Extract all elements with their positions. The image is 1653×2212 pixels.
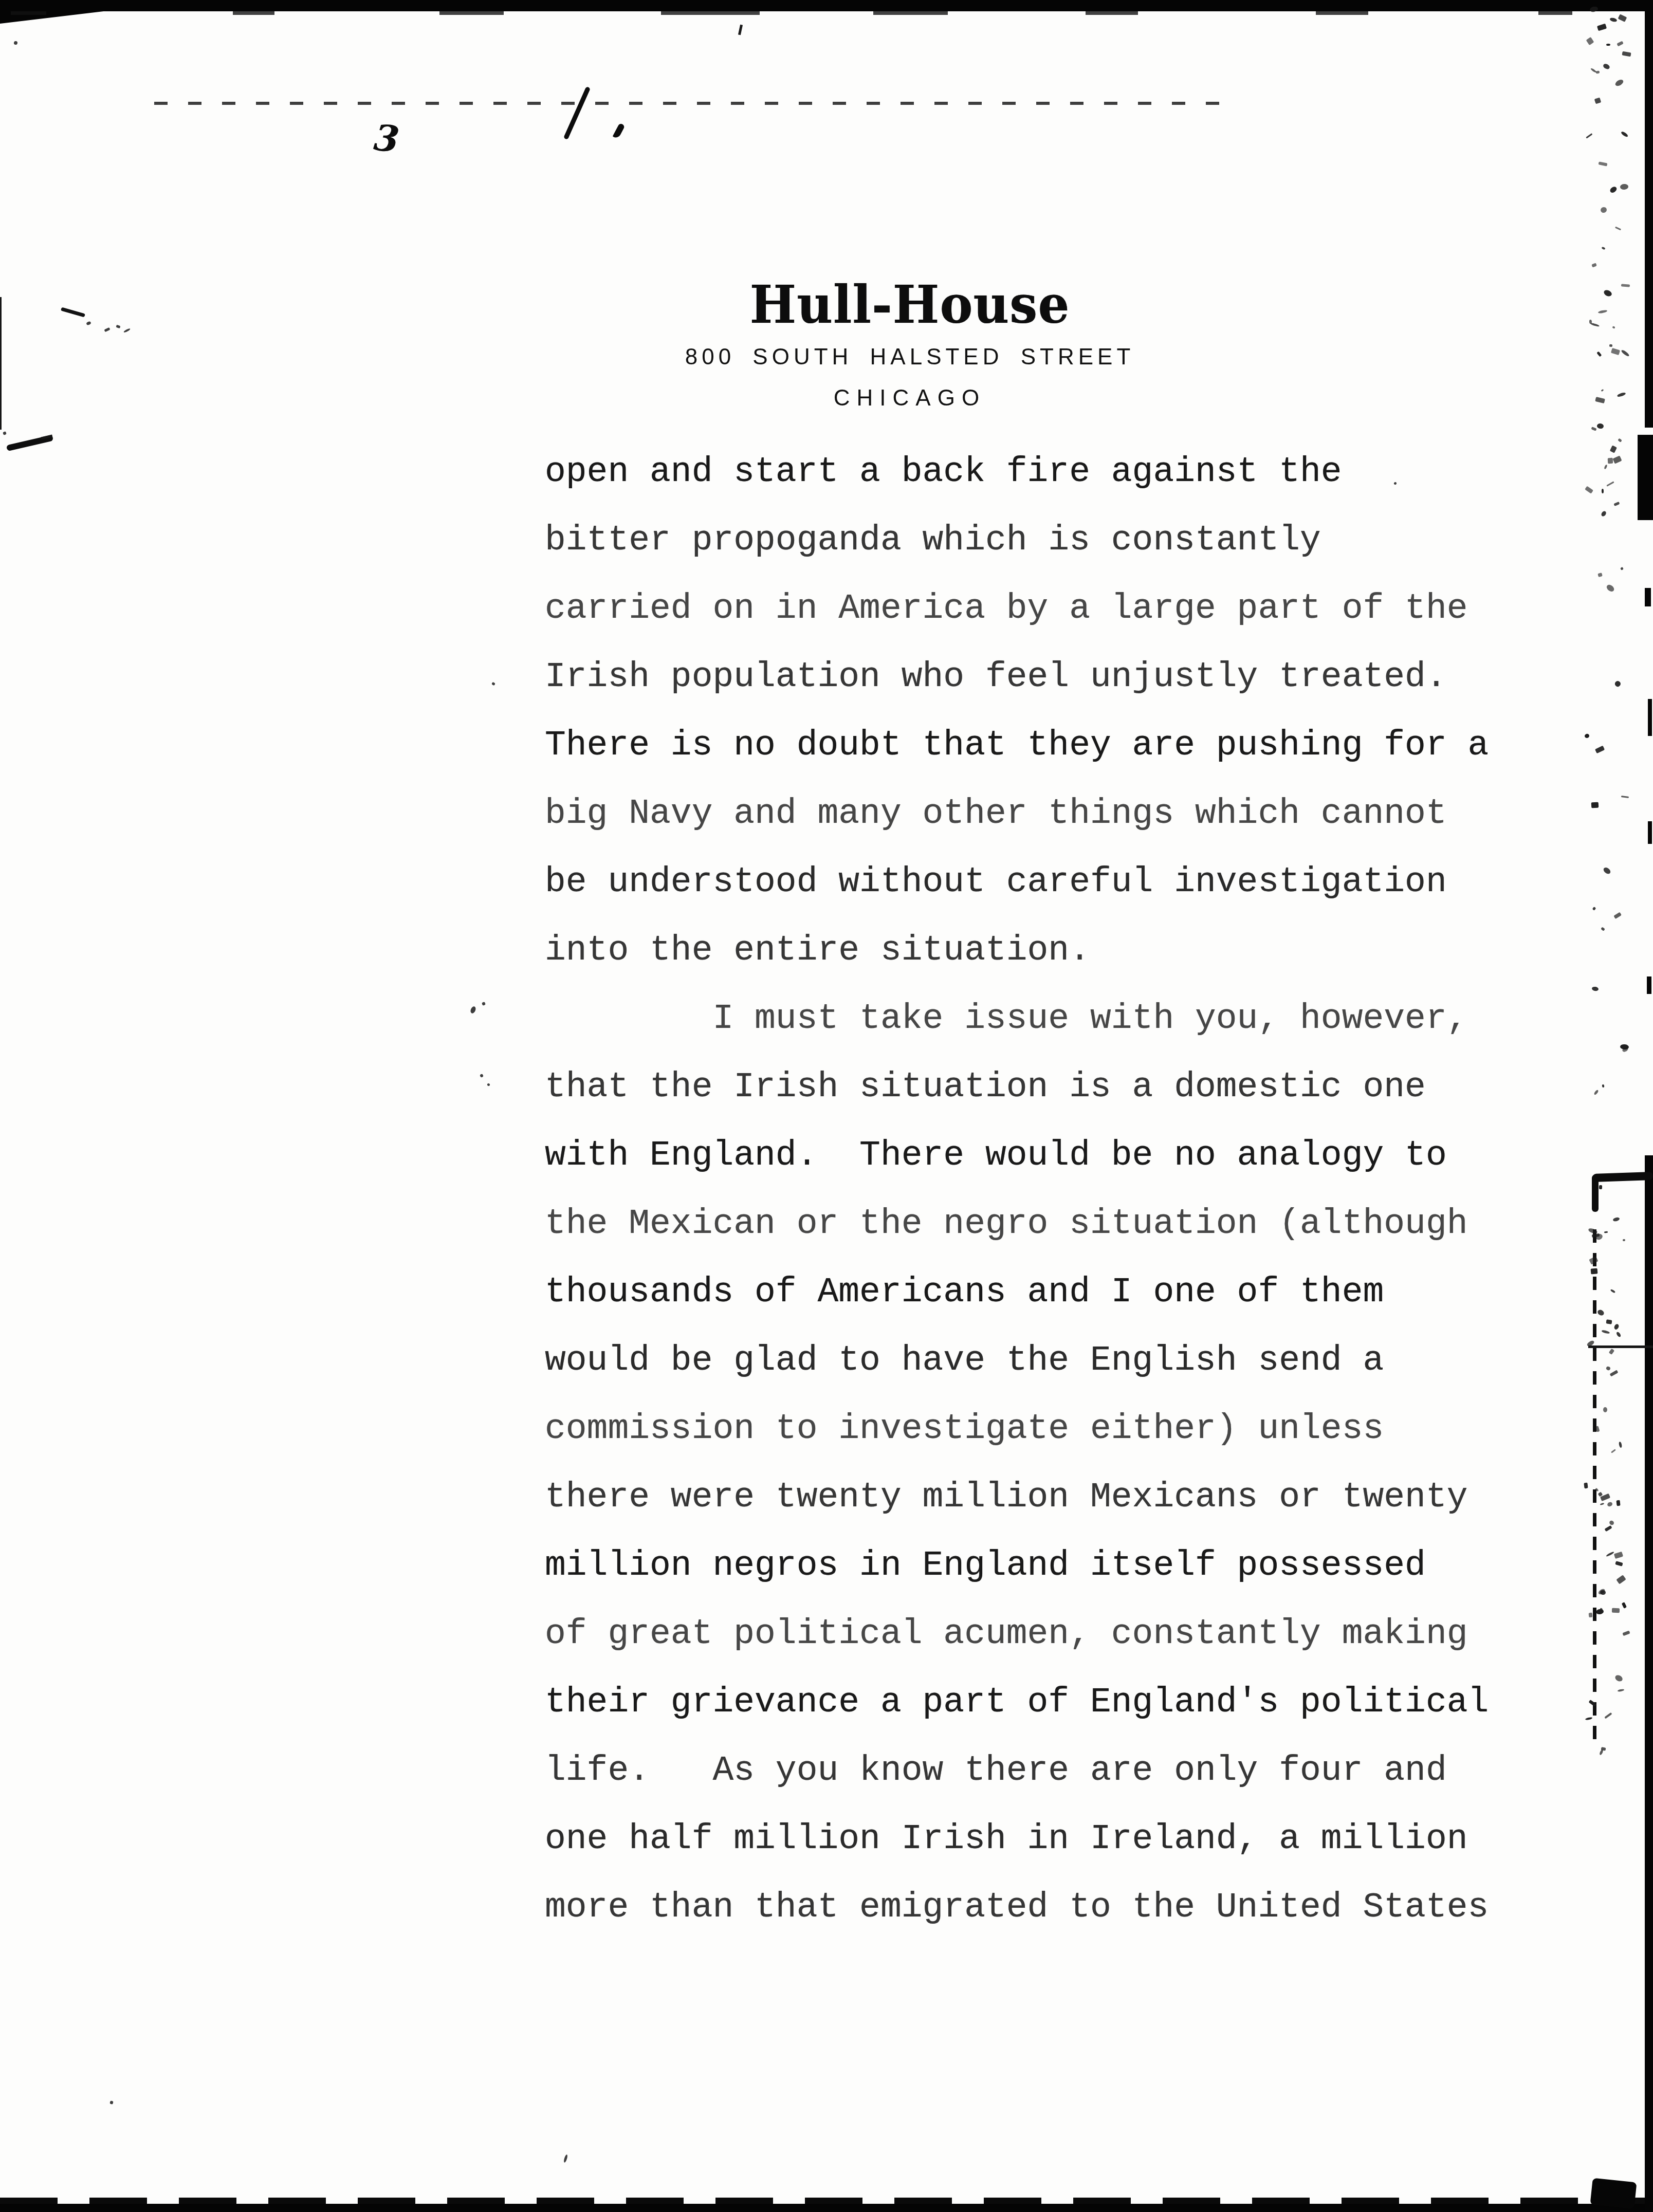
scan-speckle <box>123 328 131 333</box>
scan-speckle <box>1613 1216 1621 1222</box>
typewritten-line: million negros in England itself possess… <box>545 1546 1521 1614</box>
scan-speckle <box>1603 289 1613 298</box>
scan-speckle <box>1609 186 1619 194</box>
scan-speckle <box>1614 912 1622 919</box>
scan-artifact-right-strip-segment <box>1638 435 1653 520</box>
scan-speckle <box>1614 1552 1623 1559</box>
scan-speckle <box>1605 583 1615 593</box>
scan-speckle <box>1595 746 1605 753</box>
scan-speckle <box>1614 78 1624 87</box>
typewritten-line: with England. There would be no analogy … <box>545 1136 1521 1204</box>
scan-speckle <box>1599 1185 1602 1189</box>
scan-speckle <box>1595 1609 1604 1615</box>
scan-speckle <box>1606 1319 1612 1324</box>
typewritten-line: be understood without careful investigat… <box>545 862 1521 931</box>
scan-speckle <box>1622 51 1631 57</box>
scan-speckle <box>116 325 120 328</box>
scan-speckle <box>1603 63 1611 70</box>
scan-speckle <box>1584 486 1593 493</box>
scan-speckle <box>1596 1308 1605 1316</box>
scan-speckle <box>109 2100 113 2104</box>
typewritten-line: commission to investigate either) unless <box>545 1409 1521 1478</box>
letterhead: Hull-House 800 SOUTH HALSTED STREET CHIC… <box>546 276 1274 411</box>
margin-annotation-bracket <box>1592 1175 1599 1212</box>
scan-speckle <box>1606 44 1611 46</box>
scan-speckle <box>1606 1501 1612 1507</box>
scan-speckle <box>1621 796 1629 798</box>
scan-speckle <box>1591 427 1596 431</box>
scan-artifact-left-edge-line <box>0 297 2 430</box>
scan-speckle <box>1597 309 1607 314</box>
scan-speckle <box>1612 1608 1620 1613</box>
scan-speckle <box>1599 1749 1604 1756</box>
typewritten-line: carried on in America by a large part of… <box>545 589 1521 657</box>
scan-speckle <box>563 2154 568 2163</box>
scan-speckle <box>1585 1717 1593 1721</box>
scan-speckle <box>1612 326 1615 329</box>
scan-speckle <box>1610 446 1617 453</box>
typewritten-line: bitter propoganda which is constantly <box>545 521 1521 589</box>
scan-speckle <box>1620 183 1629 190</box>
typewritten-line: big Navy and many other things which can… <box>545 794 1521 862</box>
scan-speckle <box>1623 1631 1630 1636</box>
scan-artifact-top-ragged <box>1086 11 1138 15</box>
typewritten-line: There is no doubt that they are pushing … <box>545 726 1521 794</box>
scan-speckle <box>1611 348 1620 355</box>
typewritten-line: there were twenty million Mexicans or tw… <box>545 1478 1521 1546</box>
typewritten-line: the Mexican or the negro situation (alth… <box>545 1204 1521 1273</box>
scan-speckle <box>1620 567 1624 570</box>
typewritten-line: one half million Irish in Ireland, a mil… <box>545 1819 1521 1888</box>
scan-artifact-right-strip-segment <box>1645 0 1653 428</box>
typewritten-line: Irish population who feel unjustly treat… <box>545 657 1521 726</box>
scan-artifact-right-strip-segment <box>1648 821 1652 844</box>
scan-artifact-top-ragged <box>1316 11 1368 15</box>
scan-artifact-top-ragged <box>873 11 948 15</box>
scan-artifact-right-strip-segment <box>1648 699 1652 736</box>
margin-annotation-bracket <box>1592 1172 1653 1182</box>
scan-artifact-dashed-line <box>154 102 1223 105</box>
scan-speckle <box>1584 1483 1588 1489</box>
scan-speckle <box>482 1002 486 1006</box>
scan-speckle <box>1600 1503 1604 1505</box>
scan-artifact-bottom-bar <box>0 2204 1653 2212</box>
scan-speckle <box>470 1006 477 1014</box>
typewritten-line: more than that emigrated to the United S… <box>545 1888 1521 1956</box>
pen-mark-swoosh <box>61 307 85 318</box>
scan-speckle <box>1593 1090 1599 1096</box>
scan-speckle <box>1622 1602 1627 1609</box>
scan-speckle <box>1621 349 1630 357</box>
scan-speckle <box>1590 1268 1597 1275</box>
scan-speckle <box>86 321 91 325</box>
scan-artifact-right-strip-segment <box>1647 976 1651 994</box>
scan-speckle <box>1596 71 1600 74</box>
scan-speckle <box>13 41 17 45</box>
scan-speckle <box>1614 680 1621 688</box>
scan-speckle <box>1617 41 1623 47</box>
scan-speckle <box>1590 322 1600 327</box>
scan-artifact-top-bar <box>0 0 1653 11</box>
scan-speckle <box>1601 247 1605 250</box>
scan-speckle <box>1617 1500 1621 1506</box>
scan-speckle <box>1596 351 1602 357</box>
scan-speckle <box>1618 14 1627 22</box>
scan-speckle <box>1584 733 1590 739</box>
typewritten-line: life. As you know there are only four an… <box>545 1751 1521 1819</box>
pen-mark-comma <box>613 123 626 139</box>
scan-speckle <box>3 431 6 435</box>
letter-body: open and start a back fire against thebi… <box>545 452 1521 1956</box>
scan-speckle <box>1604 1525 1612 1532</box>
scan-speckle <box>1594 98 1602 104</box>
scan-speckle <box>1610 17 1618 22</box>
letterhead-city: CHICAGO <box>546 385 1274 411</box>
scan-speckle <box>1614 1674 1624 1683</box>
scan-speckle <box>1600 207 1608 214</box>
scan-speckle <box>1608 458 1613 464</box>
scan-speckle <box>1597 423 1604 429</box>
scan-speckle <box>1613 502 1620 506</box>
scan-speckle <box>1602 866 1611 875</box>
scan-artifact-top-ragged <box>233 11 274 15</box>
scan-artifact-bottom-right-chunk <box>1590 2178 1637 2209</box>
scan-artifact-top-ragged <box>11 11 46 15</box>
scan-speckle <box>1609 344 1612 347</box>
scan-speckle <box>1606 1366 1611 1371</box>
scan-speckle <box>1607 481 1615 487</box>
typewritten-line: of great political acumen, constantly ma… <box>545 1614 1521 1683</box>
scan-speckle <box>1604 1712 1612 1719</box>
scan-speckle <box>1595 397 1606 403</box>
pen-mark-tick <box>738 25 743 35</box>
scan-speckle <box>1617 392 1626 398</box>
scan-speckle <box>1610 1370 1619 1376</box>
scan-speckle <box>1591 802 1599 808</box>
scan-speckle <box>1600 1590 1606 1595</box>
typewritten-line: would be glad to have the English send a <box>545 1341 1521 1409</box>
scan-speckle <box>1591 986 1599 991</box>
letterhead-address: 800 SOUTH HALSTED STREET <box>546 344 1274 370</box>
typewritten-line: that the Irish situation is a domestic o… <box>545 1067 1521 1136</box>
letterhead-title: Hull-House <box>546 275 1274 335</box>
scan-speckle <box>1616 1331 1622 1337</box>
scan-speckle <box>1617 1575 1626 1584</box>
scan-speckle <box>1618 1689 1625 1692</box>
scan-speckle <box>1597 573 1603 577</box>
scan-artifact-top-ragged <box>661 11 760 15</box>
scan-speckle <box>1602 1084 1604 1087</box>
scan-speckle <box>1623 1239 1625 1241</box>
scan-speckle <box>491 682 495 686</box>
scan-speckle <box>1609 1520 1615 1526</box>
scan-speckle <box>1620 131 1628 138</box>
scan-speckle <box>1618 438 1622 442</box>
scan-speckle <box>1597 24 1607 31</box>
scan-speckle <box>1611 1449 1616 1453</box>
scan-speckle <box>1586 37 1594 45</box>
scan-speckle <box>1602 489 1604 493</box>
scan-speckle <box>1615 1561 1623 1566</box>
scan-speckle <box>1615 227 1621 231</box>
margin-annotation-line <box>1588 1345 1653 1348</box>
scan-speckle <box>1601 927 1605 931</box>
scan-speckle <box>1621 284 1630 287</box>
scan-speckle <box>1606 1552 1614 1557</box>
scan-speckle <box>1598 161 1607 166</box>
scan-speckle <box>1600 510 1607 517</box>
scan-artifact-right-strip-segment <box>1645 1155 1653 2212</box>
scan-speckle <box>1613 1323 1620 1330</box>
scan-speckle <box>487 1083 490 1086</box>
scan-artifact-right-strip-segment <box>1645 588 1651 606</box>
scan-artifact-top-ragged <box>1538 11 1573 15</box>
scan-artifact-top-ragged <box>439 11 503 15</box>
scan-speckle <box>1601 389 1604 392</box>
scan-speckle <box>1612 455 1622 464</box>
scan-speckle <box>1610 1289 1615 1293</box>
scan-speckle <box>1604 1231 1608 1233</box>
scan-speckle <box>1592 907 1596 911</box>
scan-speckle <box>480 1074 484 1078</box>
scan-speckle <box>104 327 110 332</box>
scan-speckle <box>1601 1330 1609 1334</box>
scan-speckle <box>1609 1349 1615 1355</box>
scan-speckle <box>1591 263 1596 267</box>
pen-mark-check-stroke <box>563 86 591 140</box>
scan-speckle <box>1619 1441 1623 1448</box>
typewritten-line: open and start a back fire against the <box>545 452 1521 521</box>
scan-speckle <box>1588 1227 1597 1234</box>
scan-speckle <box>1604 465 1608 470</box>
typewritten-line: into the entire situation. <box>545 931 1521 999</box>
scan-speckle <box>1589 1613 1593 1618</box>
scanned-letter-page: 3 Hull-House 800 SOUTH HALSTED STREET CH… <box>0 0 1653 2212</box>
typewritten-line: their grievance a part of England's poli… <box>545 1683 1521 1751</box>
scan-speckle <box>1603 1407 1607 1412</box>
handwritten-page-number: 3 <box>372 116 401 161</box>
typewritten-line: thousands of Americans and I one of them <box>545 1273 1521 1341</box>
typewritten-line: I must take issue with you, however, <box>545 999 1521 1067</box>
scan-speckle <box>1586 133 1592 139</box>
scan-speckle <box>1589 1256 1598 1264</box>
